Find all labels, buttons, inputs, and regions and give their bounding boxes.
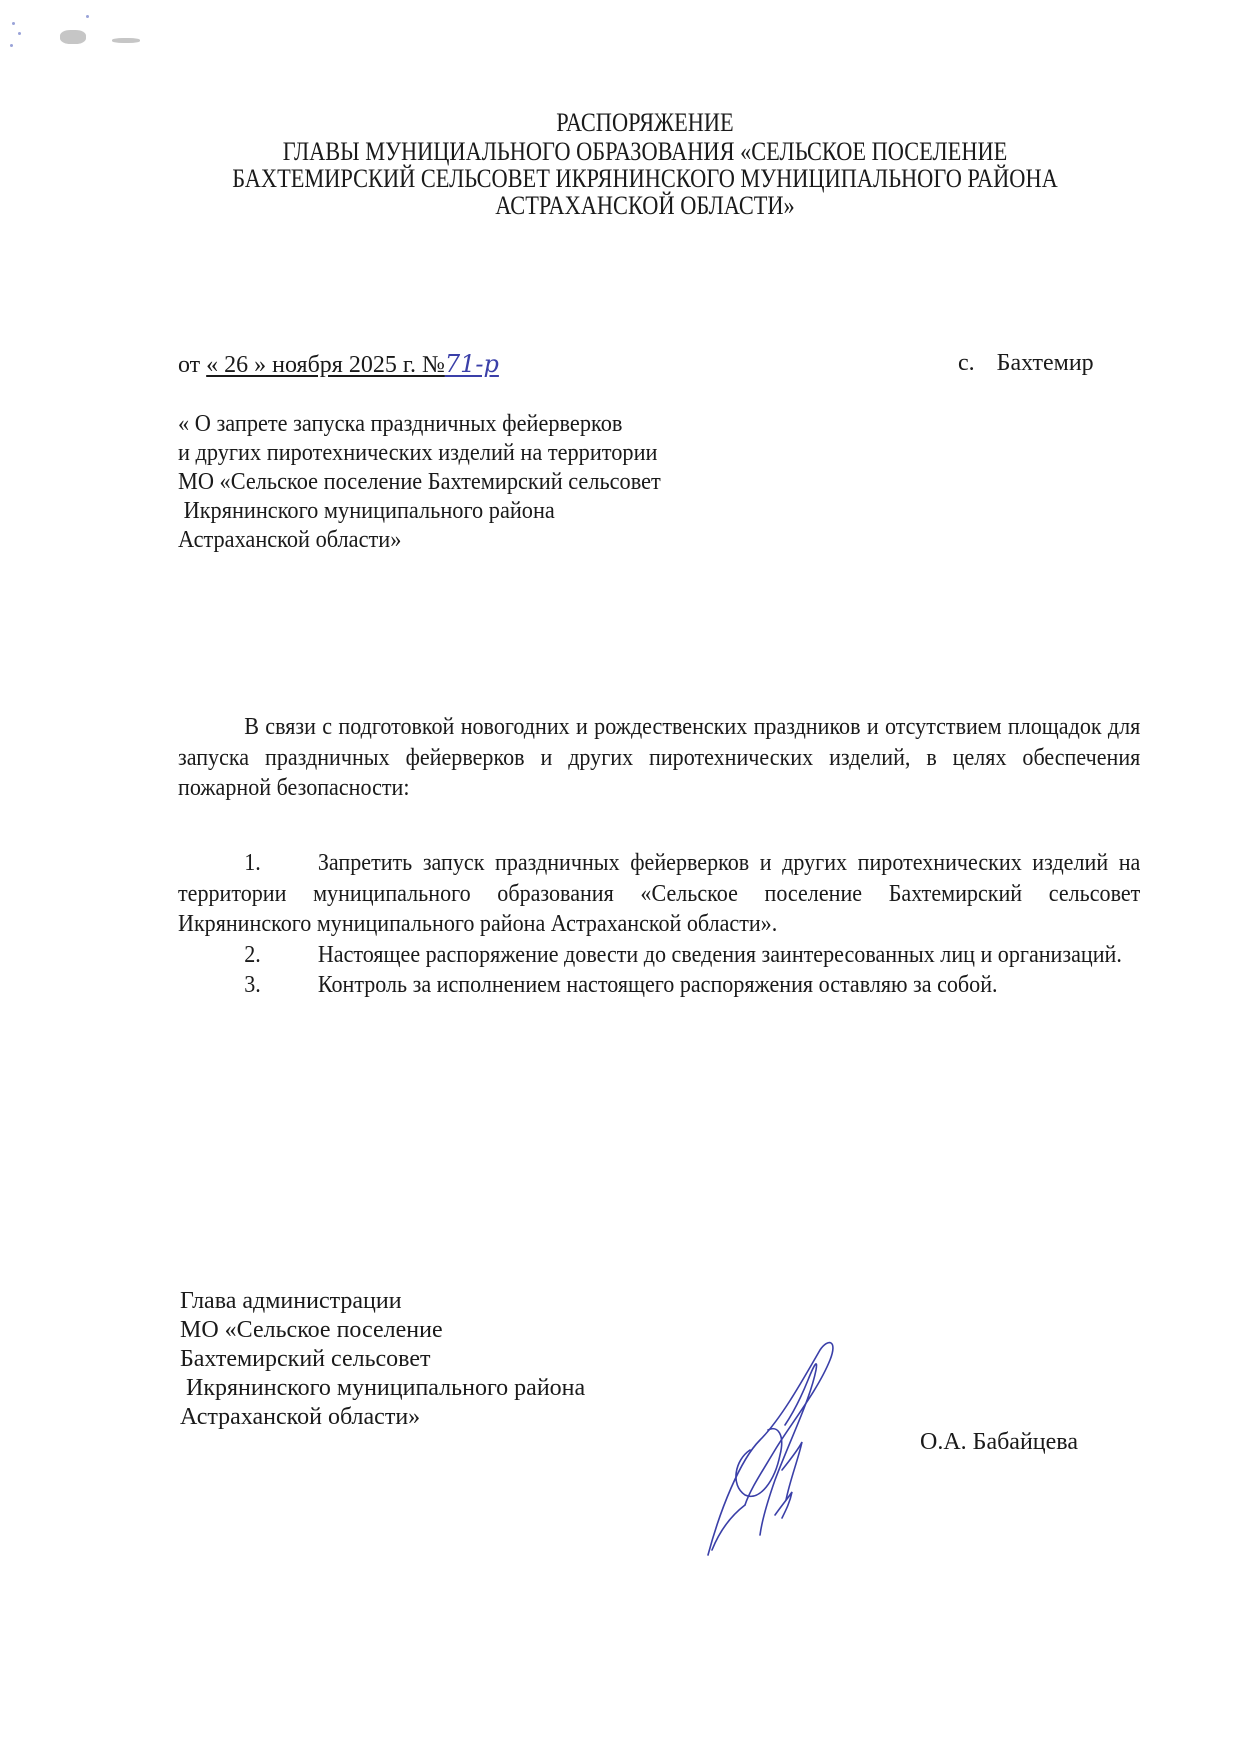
order-items: 1.Запретить запуск праздничных фейерверк… xyxy=(178,848,1140,1001)
order-item-3: 3.Контроль за исполнением настоящего рас… xyxy=(178,970,1140,1001)
item-text: Настоящее распоряжение довести до сведен… xyxy=(318,942,1122,968)
item-number: 2. xyxy=(244,940,318,971)
document-page: РАСПОРЯЖЕНИЕ ГЛАВЫ МУНИЦИАЛЬНОГО ОБРАЗОВ… xyxy=(0,0,1240,1754)
handwritten-signature-icon xyxy=(690,1330,850,1560)
preamble-paragraph: В связи с подготовкой новогодних и рожде… xyxy=(178,712,1140,804)
signatory-line: МО «Сельское поселение xyxy=(180,1316,585,1345)
signatory-line: Икрянинского муниципального района xyxy=(180,1374,585,1403)
document-subject: « О запрете запуска праздничных фейервер… xyxy=(178,410,697,555)
scan-artifact xyxy=(112,38,140,43)
number-sign: № xyxy=(422,352,445,378)
signatory-name: О.А. Бабайцева xyxy=(920,1429,1078,1456)
issuer-line-3: АСТРАХАНСКОЙ ОБЛАСТИ» xyxy=(219,192,1070,219)
date-prefix: от xyxy=(178,352,206,378)
date-number-line: от « 26 » ноября 2025 г. №71-р xyxy=(178,350,507,379)
scan-artifact xyxy=(18,32,21,35)
scan-artifact xyxy=(60,30,86,44)
subject-line: и других пиротехнических изделий на терр… xyxy=(178,439,661,468)
document-title: РАСПОРЯЖЕНИЕ xyxy=(219,108,1070,138)
subject-line: МО «Сельское поселение Бахтемирский сель… xyxy=(178,468,661,497)
subject-line: « О запрете запуска праздничных фейервер… xyxy=(178,410,661,439)
document-date: « 26 » ноября 2025 г. xyxy=(206,352,422,378)
scan-artifact xyxy=(10,44,13,47)
item-number: 3. xyxy=(244,970,318,1001)
issuer-line-1: ГЛАВЫ МУНИЦИАЛЬНОГО ОБРАЗОВАНИЯ «СЕЛЬСКО… xyxy=(219,138,1070,165)
issuer-line-2: БАХТЕМИРСКИЙ СЕЛЬСОВЕТ ИКРЯНИНСКОГО МУНИ… xyxy=(219,165,1070,192)
subject-line: Икрянинского муниципального района xyxy=(178,497,661,526)
scan-artifact xyxy=(86,15,89,18)
place-of-issue: с.Бахтемир xyxy=(958,350,1094,377)
item-text: Контроль за исполнением настоящего распо… xyxy=(318,972,998,998)
preamble-section: В связи с подготовкой новогодних и рожде… xyxy=(178,712,1140,804)
order-item-1: 1.Запретить запуск праздничных фейерверк… xyxy=(178,848,1140,940)
order-item-2: 2.Настоящее распоряжение довести до свед… xyxy=(178,940,1140,971)
signatory-position: Глава администрации МО «Сельское поселен… xyxy=(180,1287,585,1432)
signatory-line: Астраханской области» xyxy=(180,1403,585,1432)
subject-line: Астраханской области» xyxy=(178,526,661,555)
signatory-line: Глава администрации xyxy=(180,1287,585,1316)
item-number: 1. xyxy=(244,848,318,879)
scan-artifact xyxy=(12,22,15,25)
document-number-handwritten: 71-р xyxy=(445,350,507,378)
item-text: Запретить запуск праздничных фейерверков… xyxy=(178,850,1140,937)
signatory-line: Бахтемирский сельсовет xyxy=(180,1345,585,1374)
place-name: Бахтемир xyxy=(997,350,1094,376)
document-header: РАСПОРЯЖЕНИЕ ГЛАВЫ МУНИЦИАЛЬНОГО ОБРАЗОВ… xyxy=(150,108,1140,219)
place-prefix: с. xyxy=(958,350,975,376)
